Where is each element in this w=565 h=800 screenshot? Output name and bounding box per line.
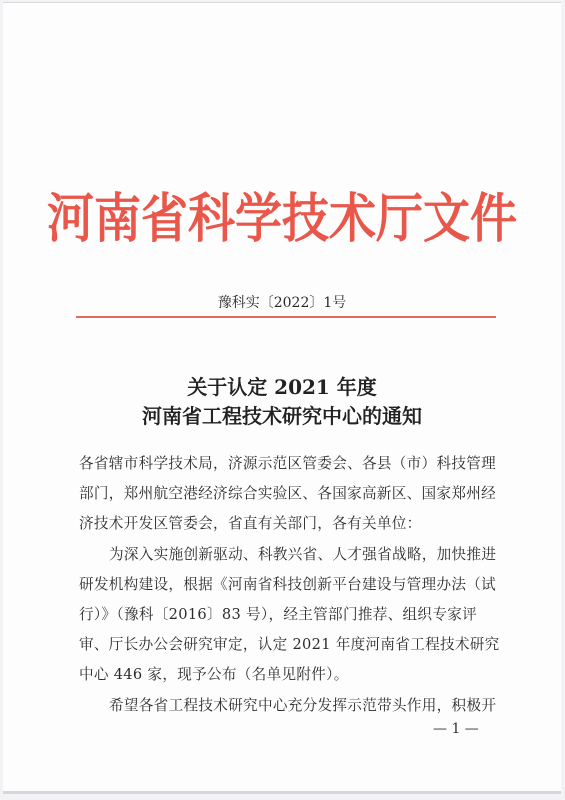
body-line: 为深入实施创新驱动、科教兴省、人才强省战略，加快推进: [79, 540, 499, 570]
document-number: 豫科实〔2022〕1号: [3, 292, 561, 312]
body-line: 审、厅长办公会研究审定，认定 2021 年度河南省工程技术研究: [79, 630, 499, 660]
body-line: 部门，郑州航空港经济综合实验区、各国家高新区、国家郑州经: [79, 479, 499, 509]
body-line: 各省辖市科学技术局，济源示范区管委会、各县（市）科技管理: [79, 449, 499, 479]
notice-title-line-2: 河南省工程技术研究中心的通知: [3, 400, 561, 429]
notice-title-line-1: 关于认定 2021 年度: [3, 371, 561, 400]
red-separator-line: [76, 316, 496, 318]
body-line: 济技术开发区管委会，省直有关部门，各有关单位：: [79, 509, 499, 539]
page-number: — 1 —: [433, 721, 479, 737]
document-page: 河南省科学技术厅文件 豫科实〔2022〕1号 关于认定 2021 年度 河南省工…: [3, 2, 561, 794]
masthead-title: 河南省科学技术厅文件: [3, 177, 561, 252]
body-line: 中心 446 家，现予公布（名单见附件）。: [79, 660, 499, 690]
body-line: 行）》（豫科〔2016〕83 号），经主管部门推荐、组织专家评: [79, 600, 499, 630]
notice-body: 各省辖市科学技术局，济源示范区管委会、各县（市）科技管理 部门，郑州航空港经济综…: [79, 449, 499, 721]
body-line: 研发机构建设，根据《河南省科技创新平台建设与管理办法（试: [79, 570, 499, 600]
body-line: 希望各省工程技术研究中心充分发挥示范带头作用，积极开: [79, 691, 499, 721]
